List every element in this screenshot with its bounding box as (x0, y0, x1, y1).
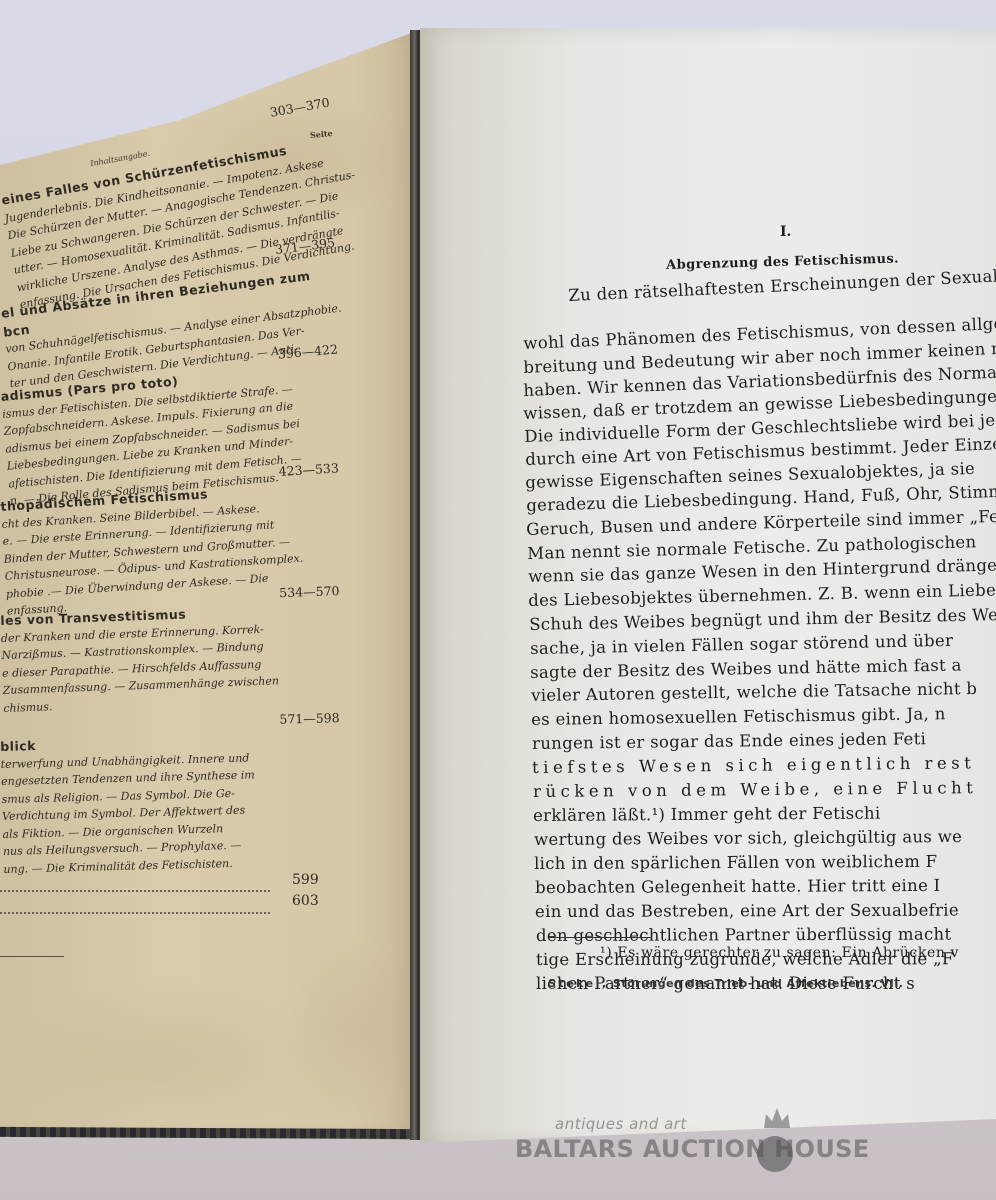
footer-author: Stekel, (548, 977, 609, 990)
crown-icon (762, 1108, 792, 1130)
toc-entry-pages: 571—598 (279, 709, 340, 728)
text-line: erklären läßt.¹) Immer geht der Fetischi (533, 804, 881, 825)
watermark: antiques and art BALTARS AUCTION HOUSE (515, 1100, 935, 1170)
footnote: ¹) Es wäre gerechter zu sagen: Ein Abrüc… (600, 945, 959, 961)
toc-end-pages: 603 (292, 893, 319, 911)
toc-entry-pages: 423—533 (278, 459, 339, 480)
watermark-name: BALTARS AUCTION HOUSE (515, 1135, 869, 1163)
text-line: wertung des Weibes vor sich, gleichgülti… (534, 827, 962, 849)
toc-leader-dots (0, 890, 270, 892)
footnote-divider (548, 937, 652, 938)
text-line: den geschlechtlichen Partner überflüssig… (536, 925, 951, 945)
book-photo: Inhaltsangabe. Seite eines Falles von Sc… (0, 0, 996, 1200)
watermark-tagline: antiques and art (555, 1115, 687, 1133)
footer-title: Störungen des Trieb- und Affektlebens. V… (613, 977, 904, 990)
toc-entry: 534—570 les von Transvestitismus der Kra… (0, 600, 343, 717)
divider-rule (0, 956, 64, 957)
toc-entry-pages: 534—570 (279, 582, 340, 602)
running-footer: Stekel, Störungen des Trieb- und Affektl… (548, 977, 904, 990)
toc-end-pages: 599 (292, 872, 319, 890)
chapter-number: I. (780, 224, 791, 240)
text-line: lich in den spärlichen Fällen von weibli… (534, 852, 937, 873)
toc-entry: 571—598 blick terwerfung und Unabhängigk… (0, 729, 344, 878)
text-line: beobachten Gelegenheit hatte. Hier tritt… (535, 876, 941, 897)
text-line: ein und das Bestreben, eine Art der Sexu… (535, 901, 959, 921)
toc-leader-dots (0, 912, 270, 914)
text-line-emphasized: rücken von dem Weibe, eine Flucht (533, 778, 977, 801)
cover-edge (0, 1127, 415, 1139)
